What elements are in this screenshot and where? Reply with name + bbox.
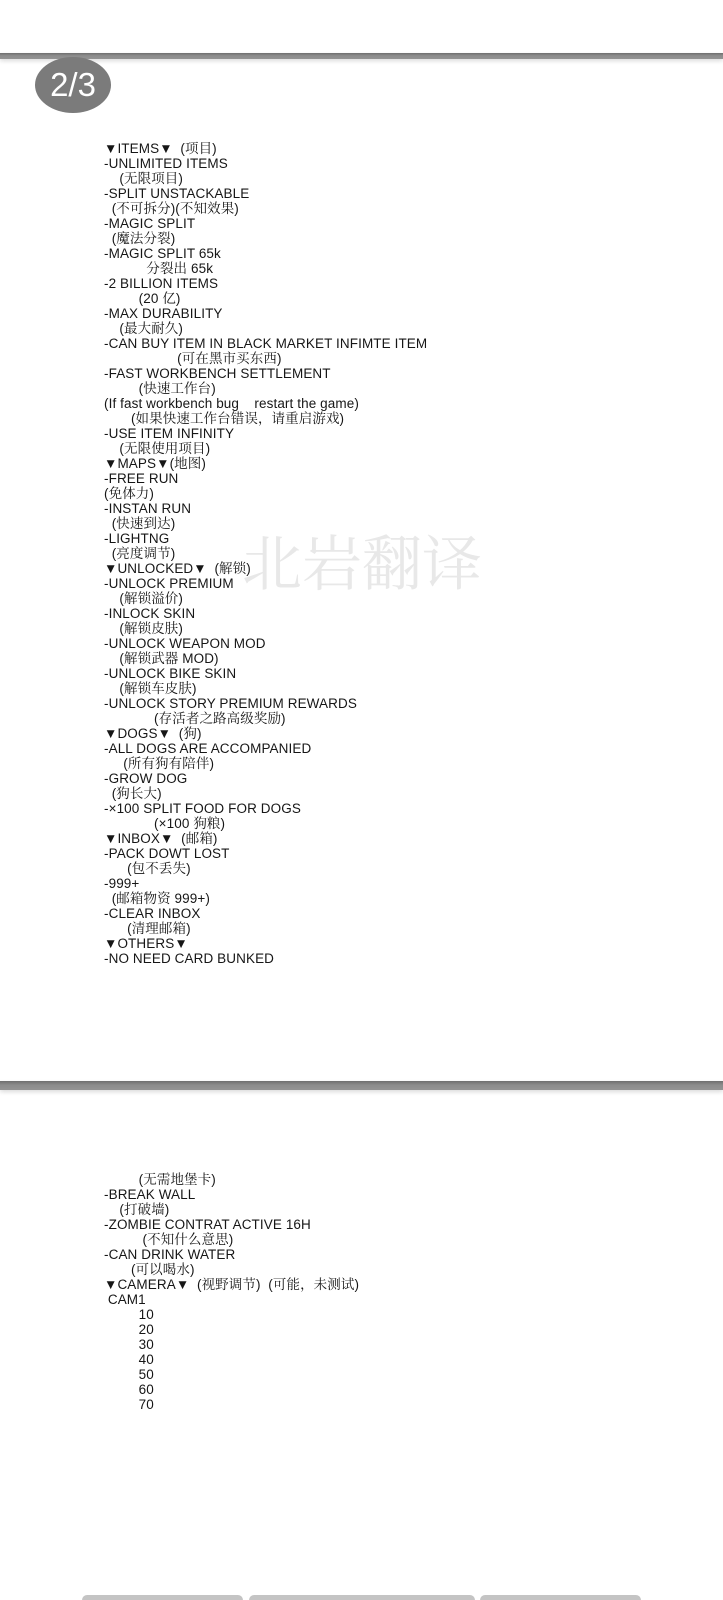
top-page-divider	[0, 53, 723, 59]
page-thumbnail-2[interactable]	[249, 1595, 475, 1600]
middle-page-divider	[0, 1081, 723, 1090]
page-indicator-badge: 2/3	[35, 57, 111, 113]
page-2-text: ▼ITEMS▼ (项目) -UNLIMITED ITEMS (无限项目) -SP…	[104, 141, 427, 966]
page-3-text: (无需地堡卡) -BREAK WALL (打破墙) -ZOMBIE CONTRA…	[104, 1172, 359, 1412]
page-thumbnail-1[interactable]	[82, 1595, 243, 1600]
page-thumbnail-3[interactable]	[480, 1595, 641, 1600]
page-indicator-label: 2/3	[50, 66, 96, 104]
